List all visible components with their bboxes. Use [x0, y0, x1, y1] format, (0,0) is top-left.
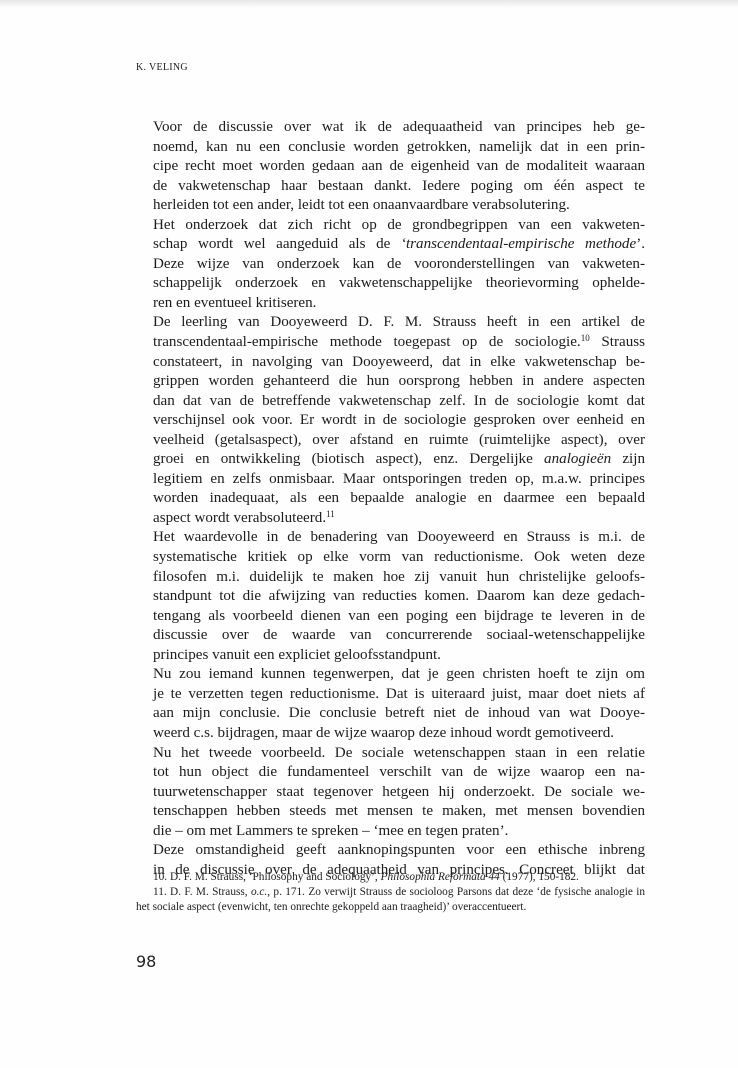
text-segment: schap wordt wel aangeduid als de	[153, 236, 401, 252]
text-line: Het waardevolle in de benadering van Doo…	[136, 528, 645, 548]
paragraph-1: Voor de discussie over wat ik de adequaa…	[136, 118, 645, 216]
footnotes: 10. D. F. M. Strauss, ‘Philosophy and So…	[136, 870, 645, 916]
text-line-with-italic: groei en ontwikkeling (biotisch aspect),…	[136, 450, 645, 470]
paragraph-4: Het waardevolle in de benadering van Doo…	[136, 528, 645, 665]
footnote-ref-11[interactable]: 11	[326, 509, 335, 519]
text-line: weerd c.s. bijdragen, maar de wijze waar…	[136, 724, 645, 744]
text-line: filosofen m.i. duidelijk te maken hoe zi…	[136, 568, 645, 588]
text-line: standpunt tot die afwijzing van reductie…	[136, 587, 645, 607]
footnote-11: 11. D. F. M. Strauss, o.c., p. 171. Zo v…	[136, 885, 645, 915]
footnote-number: 11.	[153, 886, 167, 898]
paragraph-3: De leerling van Dooyeweerd D. F. M. Stra…	[136, 313, 645, 528]
text-line: systematische kritiek op elke vorm van r…	[136, 548, 645, 568]
text-line: Het onderzoek dat zich richt op de grond…	[136, 216, 645, 236]
text-line: de vakwetenschap haar bestaan dankt. Ied…	[136, 177, 645, 197]
footnote-text: D. F. M. Strauss, ‘Philosophy and Sociol…	[167, 871, 380, 883]
text-line: De leerling van Dooyeweerd D. F. M. Stra…	[136, 313, 645, 333]
text-line: tengang als voorbeeld dienen van een pog…	[136, 607, 645, 627]
text-line: Deze omstandigheid geeft aanknopingspunt…	[136, 841, 645, 861]
text-segment: zijn	[611, 451, 645, 467]
footnote-italic: Philosophia Reformata 44	[381, 871, 500, 883]
text-line: tenschappen hebben steeds met mensen te …	[136, 802, 645, 822]
body-text: Voor de discussie over wat ik de adequaa…	[136, 118, 645, 880]
text-line: Nu zou iemand kunnen tegenwerpen, dat je…	[136, 665, 645, 685]
text-line: noemd, kan nu een conclusie worden getro…	[136, 138, 645, 158]
text-line: dan dat van de betreffende vakwetenschap…	[136, 392, 645, 412]
footnote-italic: o.c.	[251, 886, 267, 898]
text-line: ren en eventueel kritiseren.	[136, 294, 645, 314]
text-segment: ’.	[636, 236, 645, 252]
text-line-with-footnote: aspect wordt verabsoluteerd.11	[136, 509, 645, 529]
text-line: Voor de discussie over wat ik de adequaa…	[136, 118, 645, 138]
footnote-text: D. F. M. Strauss,	[167, 886, 251, 898]
running-head: K. VELING	[136, 62, 188, 73]
text-line: herleiden tot een ander, leidt tot een o…	[136, 196, 645, 216]
text-line: tuurwetenschapper staat tegenover hetgee…	[136, 783, 645, 803]
text-line: constateert, in navolging van Dooyeweerd…	[136, 353, 645, 373]
text-segment: aspect wordt verabsoluteerd.	[153, 510, 326, 526]
text-line-with-italic: schap wordt wel aangeduid als de ‘transc…	[136, 235, 645, 255]
text-line: aan mijn conclusie. Die conclusie betref…	[136, 704, 645, 724]
footnote-ref-10[interactable]: 10	[581, 333, 590, 343]
italic-word: analogieën	[544, 451, 611, 467]
text-segment: transcendentaal-empirische methode toege…	[153, 334, 581, 350]
text-line: cipe recht moet worden gedaan aan de eig…	[136, 157, 645, 177]
text-line: die – om met Lammers te spreken – ‘mee e…	[136, 822, 645, 842]
text-line: veelheid (getalsaspect), over afstand en…	[136, 431, 645, 451]
text-line: je te verzetten tegen reductionisme. Dat…	[136, 685, 645, 705]
footnote-text: (1977), 150-182.	[500, 871, 579, 883]
paragraph-2: Het onderzoek dat zich richt op de grond…	[136, 216, 645, 314]
text-line: grippen worden gehanteerd die hun oorspr…	[136, 372, 645, 392]
italic-term: ‘transcendentaal-empirische methode	[401, 236, 636, 252]
text-segment: groei en ontwikkeling (biotisch aspect),…	[153, 451, 544, 467]
text-line: principes vanuit een expliciet geloofsst…	[136, 646, 645, 666]
footnote-10: 10. D. F. M. Strauss, ‘Philosophy and So…	[136, 870, 645, 885]
scan-edge-shadow	[0, 0, 738, 8]
text-line: worden inadequaat, als een bepaalde anal…	[136, 489, 645, 509]
page-number: 98	[136, 952, 156, 971]
footnote-number: 10.	[153, 871, 167, 883]
text-line: legitiem en zelfs onmisbaar. Maar ontspo…	[136, 470, 645, 490]
text-segment: Strauss	[590, 334, 645, 350]
text-line: schappelijk onderzoek en vakwetenschappe…	[136, 274, 645, 294]
text-line: Nu het tweede voorbeeld. De sociale wete…	[136, 744, 645, 764]
text-line: Deze wijze van onderzoek kan de vooronde…	[136, 255, 645, 275]
text-line: verschijnsel ook voor. Er wordt in de so…	[136, 411, 645, 431]
paragraph-5: Nu zou iemand kunnen tegenwerpen, dat je…	[136, 665, 645, 743]
text-line-with-footnote: transcendentaal-empirische methode toege…	[136, 333, 645, 353]
text-line: discussie over de waarde van concurreren…	[136, 626, 645, 646]
paragraph-6: Nu het tweede voorbeeld. De sociale wete…	[136, 744, 645, 842]
text-line: tot hun object die fundamenteel verschil…	[136, 763, 645, 783]
